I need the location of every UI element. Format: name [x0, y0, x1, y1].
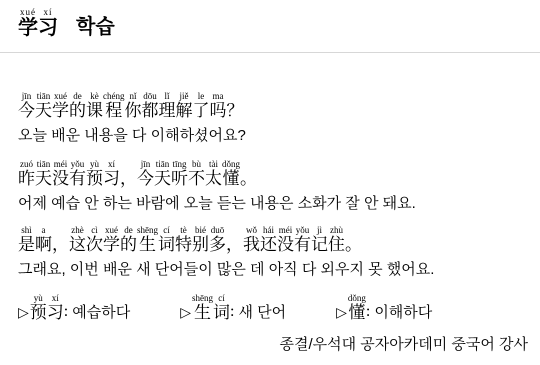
triangle-bullet-icon: ▷	[180, 304, 191, 321]
vocab-separator: :	[366, 303, 370, 321]
vocab-korean: 새 단어	[238, 304, 286, 321]
korean-translation-1: 오늘 배운 내용을 다 이해하셨어요?	[18, 127, 534, 145]
title-korean: 학습	[76, 17, 115, 38]
chinese-sentence-3: 是shì啊a，这zhè次cì学xué的de生shēng词cí特tè别bié多du…	[18, 226, 534, 253]
vocab-separator: :	[230, 303, 234, 321]
chinese-sentence-1: 今jīn天tiān学xué的de课kè程chéng你nǐ都dōu理lǐ解jiě了…	[18, 92, 534, 119]
vocab-chinese: 生shēng词cí	[192, 294, 230, 321]
chinese-sentence-2: 昨zuó天tiān没méi有yǒu预yù习xí，今jīn天tiān听tīng不b…	[18, 160, 534, 187]
title-divider	[0, 52, 540, 53]
vocab-chinese: 预yù习xí	[30, 294, 64, 321]
vocab-korean: 이해하다	[374, 304, 432, 321]
page-title: 学xué习xí 학습	[18, 8, 115, 38]
author-credit: 종결/우석대 공자아카데미 중국어 강사	[279, 336, 528, 354]
vocab-separator: :	[64, 303, 68, 321]
korean-translation-2: 어제 예습 안 하는 바람에 오늘 듣는 내용은 소화가 잘 안 돼요.	[18, 195, 534, 213]
vocab-korean: 예습하다	[72, 304, 130, 321]
lesson-page: 学xué习xí 학습 今jīn天tiān学xué的de课kè程chéng你nǐ都…	[0, 0, 540, 365]
title-chinese-with-pinyin: 学xué习xí	[18, 8, 58, 38]
vocab-item-shengci: ▷ 生shēng词cí : 새 단어	[180, 294, 286, 321]
dialogue-line-2: 昨zuó天tiān没méi有yǒu预yù习xí，今jīn天tiān听tīng不b…	[18, 160, 534, 213]
korean-translation-3: 그래요, 이번 배운 새 단어들이 많은 데 아직 다 외우지 못 했어요.	[18, 261, 534, 279]
vocab-chinese: 懂dǒng	[348, 294, 366, 321]
triangle-bullet-icon: ▷	[18, 304, 29, 321]
dialogue-line-3: 是shì啊a，这zhè次cì学xué的de生shēng词cí特tè别bié多du…	[18, 226, 534, 279]
vocab-item-dong: ▷ 懂dǒng : 이해하다	[336, 294, 432, 321]
dialogue-line-1: 今jīn天tiān学xué的de课kè程chéng你nǐ都dōu理lǐ解jiě了…	[18, 92, 534, 145]
vocabulary-row: ▷ 预yù习xí : 예습하다 ▷ 生shēng词cí : 새 단어 ▷ 懂dǒ…	[18, 294, 432, 321]
vocab-item-yuxi: ▷ 预yù习xí : 예습하다	[18, 294, 130, 321]
triangle-bullet-icon: ▷	[336, 304, 347, 321]
